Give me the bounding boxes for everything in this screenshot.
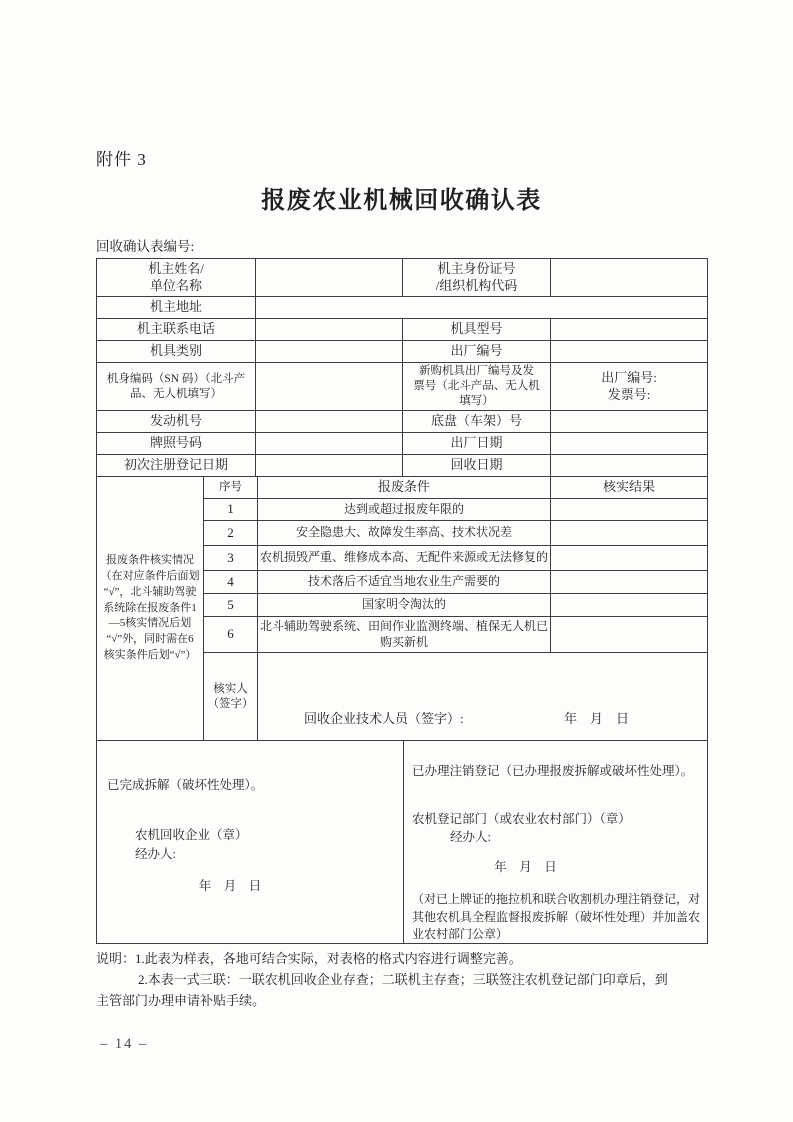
new-machine-invoice-value: 出厂编号: 发票号: (551, 363, 708, 411)
condition-serial: 6 (204, 617, 258, 653)
table-row: 机具类别 出厂编号 (97, 341, 708, 363)
machine-category-value-cell (256, 341, 403, 363)
notes-block: 说明：1.此表为样表，各地可结合实际，对表格的格式内容进行调整完善。 2.本表一… (96, 949, 707, 1011)
dismantle-table: 已完成拆解（破坏性处理）。 农机回收企业（章） 经办人: 年 月 日 已办理注销… (96, 740, 708, 944)
date-placeholder: 年 月 日 (404, 859, 707, 875)
condition-result-cell (551, 546, 708, 571)
owner-address-label: 机主地址 (97, 297, 256, 319)
factory-number-label: 出厂编号 (403, 341, 551, 363)
condition-serial: 2 (204, 521, 258, 546)
condition-text: 技术落后不适宜当地农业生产需要的 (258, 571, 551, 594)
condition-result-cell (551, 521, 708, 546)
signature-date-placeholder: 年 月 日 (564, 711, 629, 728)
verifier-signature-area: 回收企业技术人员（签字）: 年 月 日 (258, 653, 708, 741)
recycle-date-value-cell (551, 455, 708, 477)
note-line-2: 2.本表一式三联：一联农机回收企业存查；二联机主存查；三联签注农机登记部门印章后… (96, 970, 707, 991)
registration-dept-seal-label: 农机登记部门（或农业农村部门）（章） (412, 811, 707, 827)
deregistration-note: （对已上牌证的拖拉机和联合收割机办理注销登记，对其他农机具全程监督报废拆解（破坏… (412, 891, 701, 943)
plate-number-value-cell (256, 433, 403, 455)
note-line-1: 说明：1.此表为样表，各地可结合实际，对表格的格式内容进行调整完善。 (96, 949, 707, 970)
sn-code-value-cell (256, 363, 403, 411)
recycle-company-seal-label: 农机回收企业（章） (135, 827, 403, 843)
conditions-table: 报废条件核实情况 （在对应条件后面划 “√”，北斗辅助驾驶 系统除在报废条件1 … (96, 476, 708, 741)
machine-category-label: 机具类别 (97, 341, 256, 363)
engine-number-value-cell (256, 411, 403, 433)
condition-serial: 4 (204, 571, 258, 594)
factory-date-label: 出厂日期 (403, 433, 551, 455)
table-row: 已完成拆解（破坏性处理）。 农机回收企业（章） 经办人: 年 月 日 已办理注销… (97, 741, 708, 944)
header-condition: 报废条件 (258, 477, 551, 499)
handler-label: 经办人: (450, 829, 707, 845)
table-row: 机身编码（SN 码）（北斗产 品、无人机填写） 新购机具出厂编号及发 票号（北斗… (97, 363, 708, 411)
table-row: 发动机号 底盘（车架）号 (97, 411, 708, 433)
chassis-number-value-cell (551, 411, 708, 433)
owner-phone-value-cell (256, 319, 403, 341)
deregistration-right-cell: 已办理注销登记（已办理报废拆解或破坏性处理）。 农机登记部门（或农业农村部门）（… (404, 741, 708, 944)
condition-serial: 1 (204, 499, 258, 521)
first-registration-label: 初次注册登记日期 (97, 455, 256, 477)
date-placeholder: 年 月 日 (97, 878, 403, 894)
first-registration-value-cell (256, 455, 403, 477)
table-row: 机主联系电话 机具型号 (97, 319, 708, 341)
condition-text: 达到或超过报废年限的 (258, 499, 551, 521)
recycle-date-label: 回收日期 (403, 455, 551, 477)
owner-id-label: 机主身份证号 /组织机构代码 (403, 259, 551, 297)
page-title: 报废农业机械回收确认表 (96, 186, 707, 216)
chassis-number-label: 底盘（车架）号 (403, 411, 551, 433)
form-number-label: 回收确认表编号: (96, 238, 707, 256)
condition-serial: 5 (204, 594, 258, 617)
factory-number-value-cell (551, 341, 708, 363)
table-row: 初次注册登记日期 回收日期 (97, 455, 708, 477)
handler-label: 经办人: (135, 846, 403, 862)
dismantle-left-cell: 已完成拆解（破坏性处理）。 农机回收企业（章） 经办人: 年 月 日 (97, 741, 404, 944)
table-row: 报废条件核实情况 （在对应条件后面划 “√”，北斗辅助驾驶 系统除在报废条件1 … (97, 477, 708, 499)
new-machine-invoice-label: 新购机具出厂编号及发 票号（北斗产品、无人机 填写） (403, 363, 551, 411)
owner-address-value-cell (256, 297, 708, 319)
sn-code-label: 机身编码（SN 码）（北斗产 品、无人机填写） (97, 363, 256, 411)
condition-text: 农机损毁严重、维修成本高、无配件来源或无法修复的 (258, 546, 551, 571)
owner-id-value-cell (551, 259, 708, 297)
condition-text: 北斗辅助驾驶系统、田间作业监测终端、植保无人机已购买新机 (258, 617, 551, 653)
factory-date-value-cell (551, 433, 708, 455)
conditions-side-note: 报废条件核实情况 （在对应条件后面划 “√”，北斗辅助驾驶 系统除在报废条件1 … (97, 477, 204, 741)
verifier-sign-label: 核实人 （签字） (204, 653, 258, 741)
document-page: 附件 3 报废农业机械回收确认表 回收确认表编号: 机主姓名/ 单位名称 机主身… (0, 0, 793, 1122)
machine-model-label: 机具型号 (403, 319, 551, 341)
condition-serial: 3 (204, 546, 258, 571)
document-content: 附件 3 报废农业机械回收确认表 回收确认表编号: 机主姓名/ 单位名称 机主身… (96, 145, 707, 1012)
deregistration-statement: 已办理注销登记（已办理报废拆解或破坏性处理）。 (412, 763, 707, 781)
owner-name-label: 机主姓名/ 单位名称 (97, 259, 256, 297)
condition-result-cell (551, 617, 708, 653)
condition-result-cell (551, 499, 708, 521)
condition-result-cell (551, 571, 708, 594)
tech-signature-label: 回收企业技术人员（签字）: (304, 711, 464, 728)
dismantle-statement: 已完成拆解（破坏性处理）。 (107, 777, 403, 793)
note-line-3: 主管部门办理申请补贴手续。 (96, 991, 707, 1012)
page-number: – 14 – (100, 1036, 148, 1053)
plate-number-label: 牌照号码 (97, 433, 256, 455)
table-row: 牌照号码 出厂日期 (97, 433, 708, 455)
attachment-label: 附件 3 (96, 145, 707, 170)
header-serial: 序号 (204, 477, 258, 499)
machine-model-value-cell (551, 319, 708, 341)
owner-name-value-cell (256, 259, 403, 297)
condition-text: 安全隐患大、故障发生率高、技术状况差 (258, 521, 551, 546)
info-table: 机主姓名/ 单位名称 机主身份证号 /组织机构代码 机主地址 机主联系电话 机具… (96, 258, 708, 477)
table-row: 机主姓名/ 单位名称 机主身份证号 /组织机构代码 (97, 259, 708, 297)
condition-result-cell (551, 594, 708, 617)
table-row: 机主地址 (97, 297, 708, 319)
engine-number-label: 发动机号 (97, 411, 256, 433)
owner-phone-label: 机主联系电话 (97, 319, 256, 341)
header-result: 核实结果 (551, 477, 708, 499)
condition-text: 国家明令淘汰的 (258, 594, 551, 617)
